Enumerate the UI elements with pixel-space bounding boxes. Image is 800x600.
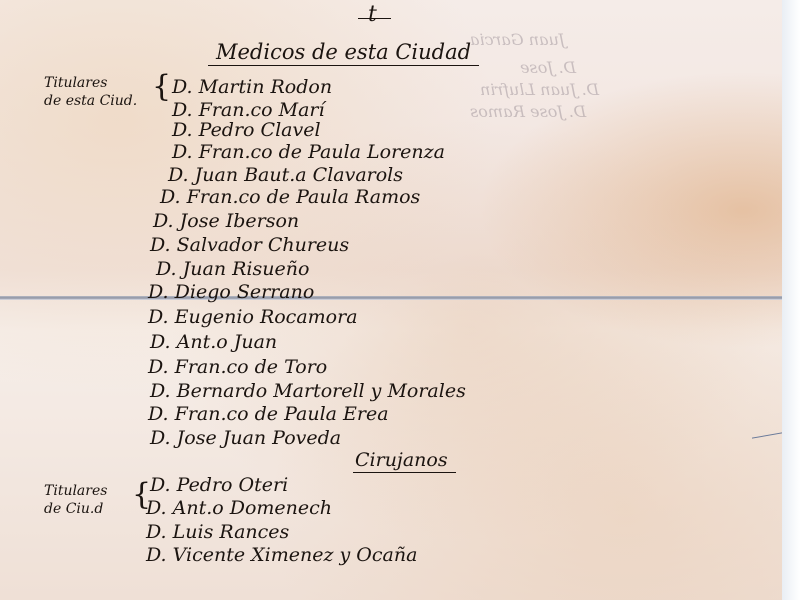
name-entry: D. Eugenio Rocamora bbox=[148, 306, 358, 328]
name-entry: D. Diego Serrano bbox=[148, 281, 314, 303]
name-entry: D. Salvador Chureus bbox=[150, 234, 349, 256]
bleed-through-line: D. Jose bbox=[520, 58, 576, 77]
name-entry: D. Luis Rances bbox=[146, 521, 289, 543]
margin-label: de esta Ciud. bbox=[44, 92, 137, 110]
bleed-through-line: Juan Garcia bbox=[470, 30, 565, 49]
name-entry: D. Pedro Oteri bbox=[150, 474, 288, 496]
name-entry: D. Juan Risueño bbox=[156, 258, 309, 280]
section-subheading: Cirujanos bbox=[353, 449, 456, 473]
page-edge bbox=[782, 0, 800, 600]
bleed-through-line: D. Juan Llufrin bbox=[480, 80, 599, 99]
name-entry: D. Martin Rodon bbox=[172, 76, 332, 98]
name-entry: D. Fran.co de Paula Erea bbox=[148, 403, 389, 425]
margin-label: Titulares bbox=[44, 482, 107, 500]
name-entry: D. Bernardo Martorell y Morales bbox=[150, 380, 466, 402]
name-entry: D. Fran.co de Toro bbox=[148, 356, 327, 378]
name-entry: D. Juan Baut.a Clavarols bbox=[168, 164, 403, 186]
name-entry: D. Fran.co Marí bbox=[172, 99, 325, 121]
name-entry: D. Vicente Ximenez y Ocaña bbox=[146, 544, 417, 566]
name-entry: D. Ant.o Juan bbox=[150, 331, 277, 353]
margin-label: de Ciu.d bbox=[44, 500, 103, 518]
brace-icon: { bbox=[152, 72, 171, 102]
name-entry: D. Jose Iberson bbox=[153, 210, 299, 232]
name-entry: D. Jose Juan Poveda bbox=[150, 427, 341, 449]
page-title: Medicos de esta Ciudad bbox=[208, 40, 479, 66]
name-entry: D. Pedro Clavel bbox=[172, 119, 321, 141]
bleed-through-line: D. Jose Ramos bbox=[470, 102, 586, 121]
paper-fold-line bbox=[0, 296, 782, 300]
name-entry: D. Fran.co de Paula Ramos bbox=[160, 186, 420, 208]
page-mark: t bbox=[368, 2, 377, 27]
name-entry: D. Ant.o Domenech bbox=[146, 497, 332, 519]
manuscript-page bbox=[0, 0, 782, 600]
margin-label: Titulares bbox=[44, 74, 107, 92]
name-entry: D. Fran.co de Paula Lorenza bbox=[172, 141, 445, 163]
